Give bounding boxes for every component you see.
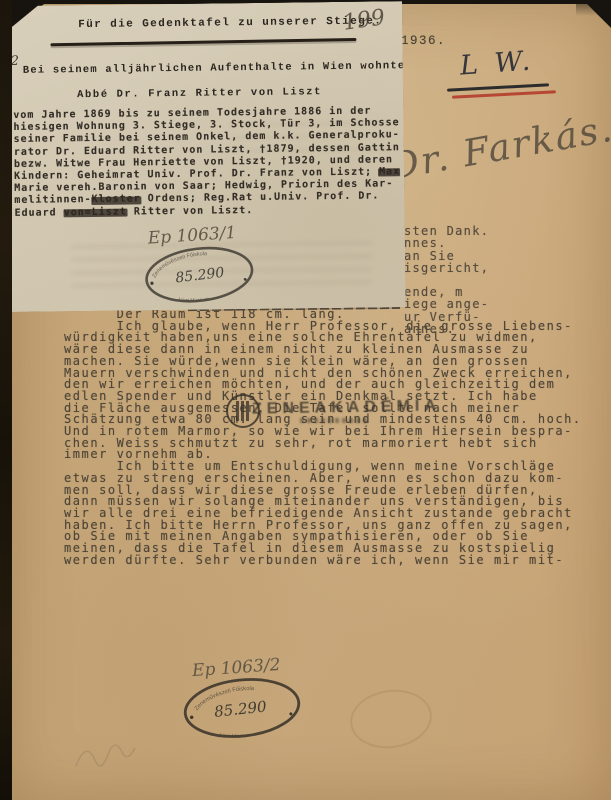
svg-text:Liszt Múzeum: Liszt Múzeum [177,293,209,306]
stamp-number: 85.290 [213,697,268,720]
note-subtitle: Bei seinem alljährlichen Aufenthalte in … [23,60,406,77]
pencil-smudge [70,722,146,780]
museum-oval-stamp: Zeneművészeti Főiskola 85.290 Liszt Múze… [177,670,307,747]
ink-bleedthrough [71,242,372,294]
occluded-text-upper: sten Dank. nnes. an Sie isgericht, [404,225,489,274]
overtype-strikeout [378,168,400,176]
scan-edge [0,0,12,800]
torn-corner [576,4,611,16]
letter-body-text: Der Raum ist 118 cm. lang. Ich glaube, w… [64,309,582,566]
overtype-strikeout [63,208,127,217]
initials-annotation: L W. [459,45,535,81]
overtype-strikeout [91,196,141,205]
note-page: Für die Gedenktafel zu unserer Stiege. 2… [8,1,406,312]
zeneakademia-stamp-subtext [300,418,370,423]
title-underline [50,38,356,46]
note-title: Für die Gedenktafel zu unserer Stiege. [78,15,382,31]
stamp-arc-bottom: Liszt Múzeum [177,293,209,306]
scanned-document: . 1936. L W. Dr. Farkás. sten Dank. nnes… [0,0,611,800]
zeneakademia-stamp: ZENEAKADÉMIA [252,397,441,418]
ink-bleedthrough [229,121,389,153]
folded-corner [8,6,42,34]
note-name-line: Abbé Dr. Franz Ritter von Liszt [77,86,322,101]
